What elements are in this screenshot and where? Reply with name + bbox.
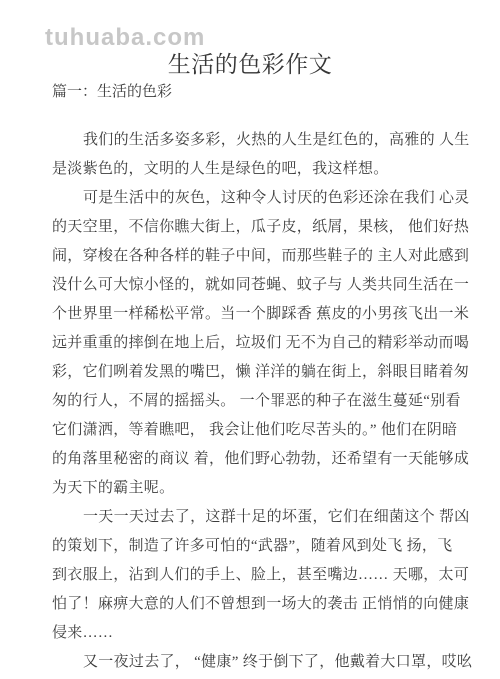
text-line: 又一夜过去了， “健康” 终于倒下了，他戴着大口罩，哎吆 [52,648,452,677]
text-line: 的角落里秘密的商议 着，他们野心勃勃，还希望有一天能够成 [52,445,452,474]
document-page: tuhuaba.com 生活的色彩作文 篇一：生活的色彩 我们的生活多姿多彩，火… [0,0,500,679]
section-heading: 篇一：生活的色彩 [52,80,172,101]
text-line: 个世界里一样稀松平常。当一个脚踩香 蕉皮的小男孩飞出一米 [52,300,452,329]
essay-body: 我们的生活多姿多彩，火热的人生是红色的，高雅的 人生 是淡紫色的，文明的人生是绿… [52,126,452,677]
text-line: 侵来…… [52,619,452,648]
text-line: 我们的生活多姿多彩，火热的人生是红色的，高雅的 人生 [52,126,452,155]
text-line: 匆的行人，不屑的摇摇头。 一个罪恶的种子在滋生蔓延“别看 [52,387,452,416]
text-line: 远并重重的摔倒在地上后，垃圾们 无不为自己的精彩举动而喝 [52,329,452,358]
text-line: 闹，穿梭在各种各样的鞋子中间，而那些鞋子的 主人对此感到 [52,242,452,271]
text-line: 没什么可大惊小怪的，就如同苍蝇、蚊子与 人类共同生活在一 [52,271,452,300]
text-line: 的天空里，不信你瞧大街上，瓜子皮，纸屑，果核， 他们好热 [52,213,452,242]
text-line: 一天一天过去了，这群十足的坏蛋，它们在细菌这个 帮凶 [52,503,452,532]
page-title: 生活的色彩作文 [0,46,500,79]
text-line: 是淡紫色的，文明的人生是绿色的吧，我这样想。 [52,155,452,184]
text-line: 彩，它们咧着发黑的嘴巴，懒 洋洋的躺在街上，斜眼目睹着匆 [52,358,452,387]
text-line: 为天下的霸主呢。 [52,474,452,503]
text-line: 它们潇洒，等着瞧吧， 我会让他们吃尽苦头的。” 他们在阴暗 [52,416,452,445]
text-line: 可是生活中的灰色，这种令人讨厌的色彩还涂在我们 心灵 [52,184,452,213]
text-line: 的策划下，制造了许多可怕的“武器”，随着风到处飞 扬，飞 [52,532,452,561]
text-line: 怕了！麻痹大意的人们不曾想到一场大的袭击 正悄悄的向健康 [52,590,452,619]
text-line: 到衣服上，沾到人们的手上、脸上，甚至嘴边…… 天哪，太可 [52,561,452,590]
